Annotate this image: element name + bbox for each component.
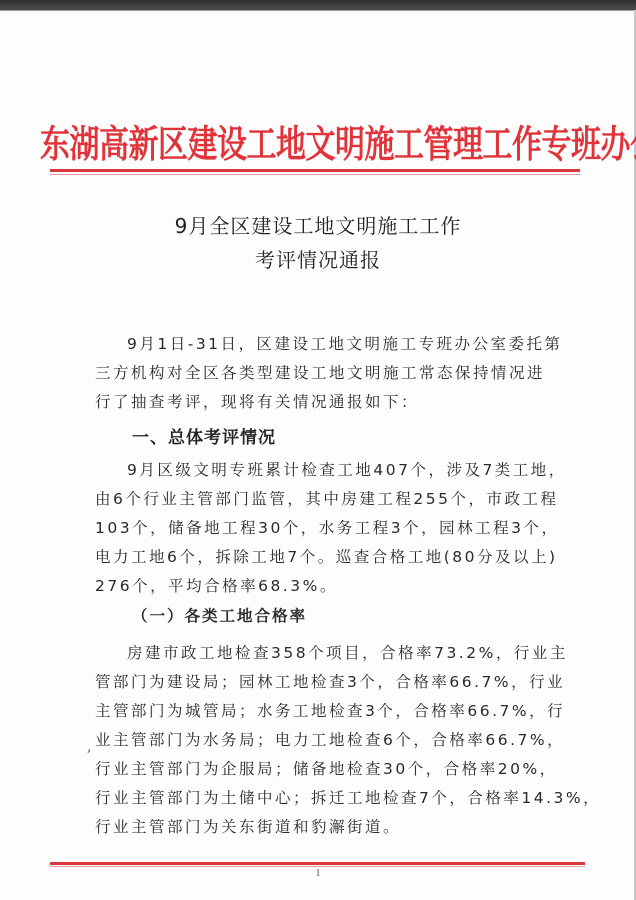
scan-mark: , [87, 739, 91, 755]
pass-rate-line: 管部门为建设局；园林工地检查3个，合格率66.7%，行业 [95, 668, 535, 697]
pass-rate-paragraph: 房建市政工地检查358个项目，合格率73.2%，行业主 管部门为建设局；园林工地… [95, 639, 535, 842]
document-title-line1: 9月全区建设工地文明施工工作 [0, 210, 636, 239]
letterhead-red-rule [50, 169, 580, 172]
scan-edge-top [0, 0, 636, 11]
pass-rate-line: 行业主管部门为企服局；储备地检查30个，合格率20%， [95, 755, 535, 784]
pass-rate-line: 房建市政工地检查358个项目，合格率73.2%，行业主 [95, 639, 535, 668]
footer-red-rule [50, 862, 585, 865]
letterhead-red-rule-thin [50, 174, 580, 175]
footer-red-rule-thin [50, 866, 585, 867]
intro-line: 三方机构对全区各类型建设工地文明施工常态保持情况进 [95, 359, 535, 388]
subsection-heading-pass-rate: （一）各类工地合格率 [132, 604, 307, 626]
intro-paragraph: 9月1日-31日，区建设工地文明施工专班办公室委托第 三方机构对全区各类型建设工… [95, 330, 535, 417]
overall-line: 电力工地6个，拆除工地7个。巡查合格工地(80分及以上) [95, 543, 535, 572]
intro-line: 9月1日-31日，区建设工地文明施工专班办公室委托第 [95, 330, 535, 359]
office-letterhead: 东湖高新区建设工地文明施工管理工作专班办公室 [40, 113, 600, 168]
pass-rate-line: 业主管部门为水务局；电力工地检查6个，合格率66.7%， [95, 726, 535, 755]
overall-paragraph: 9月区级文明专班累计检查工地407个，涉及7类工地， 由6个行业主管部门监管，其… [95, 456, 535, 601]
overall-line: 由6个行业主管部门监管，其中房建工程255个，市政工程 [95, 485, 535, 514]
overall-line: 276个，平均合格率68.3%。 [95, 572, 535, 601]
overall-line: 9月区级文明专班累计检查工地407个，涉及7类工地， [95, 456, 535, 485]
pass-rate-line: 行业主管部门为关东街道和豹澥街道。 [95, 813, 535, 842]
document-title-line2: 考评情况通报 [0, 244, 636, 273]
section-heading-overall: 一、总体考评情况 [132, 423, 276, 448]
intro-line: 行了抽查考评，现将有关情况通报如下： [95, 388, 535, 417]
pass-rate-line: 行业主管部门为土储中心；拆迁工地检查7个，合格率14.3%， [95, 784, 535, 813]
page-number: 1 [0, 868, 636, 879]
overall-line: 103个，储备地工程30个，水务工程3个，园林工程3个， [95, 514, 535, 543]
pass-rate-line: 主管部门为城管局；水务工地检查3个，合格率66.7%，行 [95, 697, 535, 726]
